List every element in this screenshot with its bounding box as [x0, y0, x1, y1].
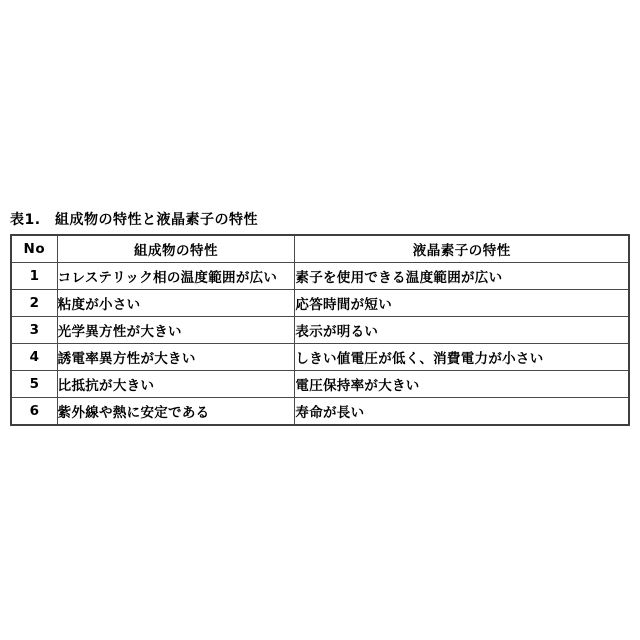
cell-composition: 紫外線や熱に安定である — [57, 398, 295, 426]
table-row: 5 比抵抗が大きい 電圧保持率が大きい — [11, 371, 629, 398]
column-header-no: No — [11, 235, 57, 263]
characteristics-table: No 組成物の特性 液晶素子の特性 1 コレステリック相の温度範囲が広い 素子を… — [10, 234, 630, 426]
cell-no: 6 — [11, 398, 57, 426]
page: { "page": { "background": "#ffffff", "te… — [0, 0, 640, 640]
cell-device: 応答時間が短い — [295, 290, 629, 317]
cell-device: 素子を使用できる温度範囲が広い — [295, 263, 629, 290]
cell-device: しきい値電圧が低く、消費電力が小さい — [295, 344, 629, 371]
cell-composition: 比抵抗が大きい — [57, 371, 295, 398]
cell-device: 表示が明るい — [295, 317, 629, 344]
cell-no: 2 — [11, 290, 57, 317]
cell-no: 1 — [11, 263, 57, 290]
cell-composition: 誘電率異方性が大きい — [57, 344, 295, 371]
cell-composition: 光学異方性が大きい — [57, 317, 295, 344]
cell-device: 電圧保持率が大きい — [295, 371, 629, 398]
table-row: 2 粘度が小さい 応答時間が短い — [11, 290, 629, 317]
document-body: 表1. 組成物の特性と液晶素子の特性 No 組成物の特性 液晶素子の特性 1 コ… — [10, 209, 630, 426]
column-header-device: 液晶素子の特性 — [295, 235, 629, 263]
cell-composition: 粘度が小さい — [57, 290, 295, 317]
cell-no: 3 — [11, 317, 57, 344]
table-body: 1 コレステリック相の温度範囲が広い 素子を使用できる温度範囲が広い 2 粘度が… — [11, 263, 629, 426]
table-header-row: No 組成物の特性 液晶素子の特性 — [11, 235, 629, 263]
table-row: 1 コレステリック相の温度範囲が広い 素子を使用できる温度範囲が広い — [11, 263, 629, 290]
table-row: 4 誘電率異方性が大きい しきい値電圧が低く、消費電力が小さい — [11, 344, 629, 371]
table-row: 6 紫外線や熱に安定である 寿命が長い — [11, 398, 629, 426]
column-header-composition: 組成物の特性 — [57, 235, 295, 263]
cell-device: 寿命が長い — [295, 398, 629, 426]
table-row: 3 光学異方性が大きい 表示が明るい — [11, 317, 629, 344]
cell-no: 5 — [11, 371, 57, 398]
table-header: No 組成物の特性 液晶素子の特性 — [11, 235, 629, 263]
cell-composition: コレステリック相の温度範囲が広い — [57, 263, 295, 290]
table-title: 表1. 組成物の特性と液晶素子の特性 — [10, 209, 630, 229]
cell-no: 4 — [11, 344, 57, 371]
